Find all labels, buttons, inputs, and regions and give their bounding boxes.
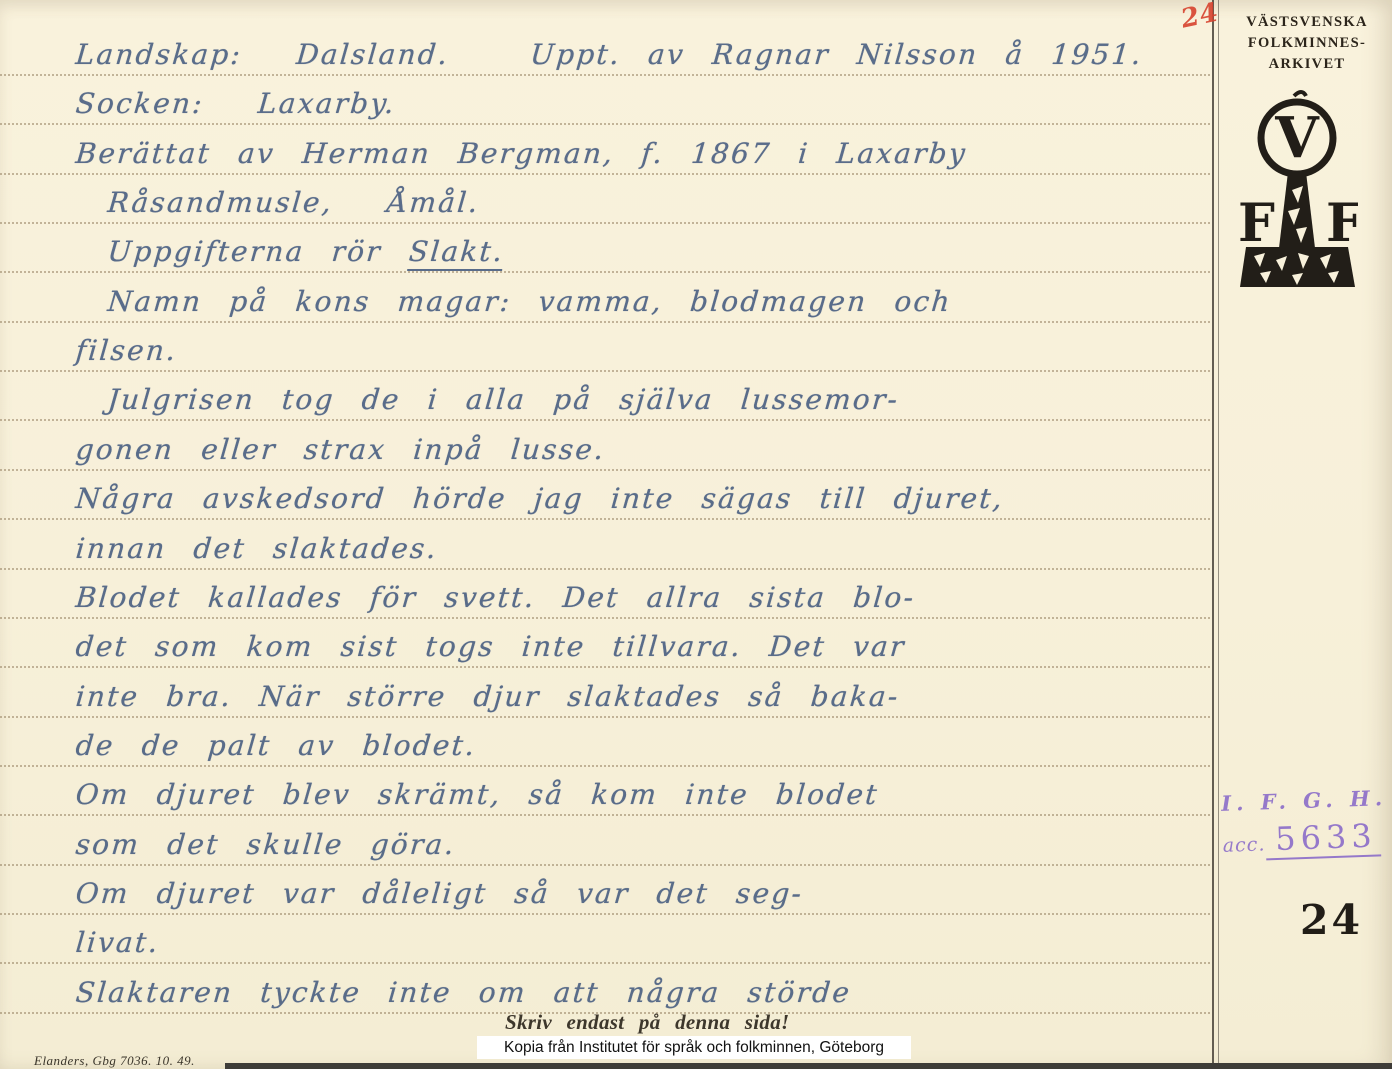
manuscript-line-15: de de palt av blodet.	[74, 725, 478, 766]
manuscript-line-4: Råsandmusle, Åmål.	[106, 182, 481, 223]
manuscript-line-6: Namn på kons magar: vamma, blodmagen och	[106, 281, 954, 322]
copy-caption-overlay: Kopia från Institutet för språk och folk…	[477, 1036, 911, 1059]
archive-name-line-3: ARKIVET	[1226, 54, 1388, 75]
manuscript-line-13: det som kom sist togs inte tillvara. Det…	[74, 626, 907, 667]
accession-stamp: I. F. G. H. acc.5633	[1221, 785, 1389, 860]
printer-imprint: Elanders, Gbg 7036. 10. 49.	[34, 1053, 195, 1069]
logo-letter-f-right: F	[1326, 193, 1358, 254]
thors-hammer-logo-icon: V F F	[1236, 90, 1358, 312]
manuscript-line-20: Slaktaren tyckte inte om att några störd…	[74, 972, 853, 1013]
manuscript-line-17: som det skulle göra.	[74, 824, 457, 865]
manuscript-line-5: Uppgifterna rör Slakt.	[106, 231, 506, 272]
archive-name-line-1: VÄSTSVENSKA	[1226, 12, 1388, 33]
archive-name-line-2: FOLKMINNES-	[1226, 33, 1388, 54]
stamp-acc-label: acc.	[1222, 833, 1265, 856]
ruled-line	[0, 962, 1210, 964]
manuscript-line-11: innan det slaktades.	[74, 528, 440, 569]
manuscript-line-14: inte bra. När större djur slaktades så b…	[74, 676, 901, 717]
manuscript-line-8: Julgrisen tog de i alla på själva lussem…	[106, 379, 901, 420]
manuscript-line-10: Några avskedsord hörde jag inte sägas ti…	[74, 478, 1006, 519]
scan-edge-bar	[225, 1063, 1392, 1069]
handwritten-page-number-red: 24	[1178, 0, 1222, 35]
archive-name: VÄSTSVENSKA FOLKMINNES- ARKIVET	[1226, 12, 1388, 75]
manuscript-line-9: gonen eller strax inpå lusse.	[74, 429, 607, 470]
manuscript-line-7: filsen.	[74, 330, 179, 371]
logo-letter-v: V	[1274, 105, 1320, 171]
printed-page-number: 24	[1300, 896, 1363, 944]
stamp-acc-number: 5633	[1265, 816, 1382, 860]
manuscript-line-12: Blodet kallades för svett. Det allra sis…	[74, 577, 917, 618]
manuscript-line-19: livat.	[74, 922, 161, 963]
manuscript-line-16: Om djuret blev skrämt, så kom inte blode…	[74, 774, 881, 815]
manuscript-line-3: Berättat av Herman Bergman, f. 1867 i La…	[74, 133, 969, 174]
logo-letter-f-left: F	[1238, 193, 1275, 254]
manuscript-line-18: Om djuret var dåleligt så var det seg-	[74, 873, 805, 914]
scanned-manuscript-page: Landskap: Dalsland. Uppt. av Ragnar Nils…	[0, 0, 1392, 1069]
margin-rule-heavy	[1212, 0, 1214, 1069]
margin-rule-light	[1218, 0, 1219, 1069]
stamp-initials: I. F. G. H.	[1221, 785, 1388, 816]
ruled-line	[0, 370, 1210, 372]
manuscript-line-2: Socken: Laxarby.	[74, 83, 398, 124]
manuscript-line-1: Landskap: Dalsland. Uppt. av Ragnar Nils…	[74, 34, 1144, 75]
print-instruction: Skriv endast på denna sida!	[505, 1010, 789, 1035]
